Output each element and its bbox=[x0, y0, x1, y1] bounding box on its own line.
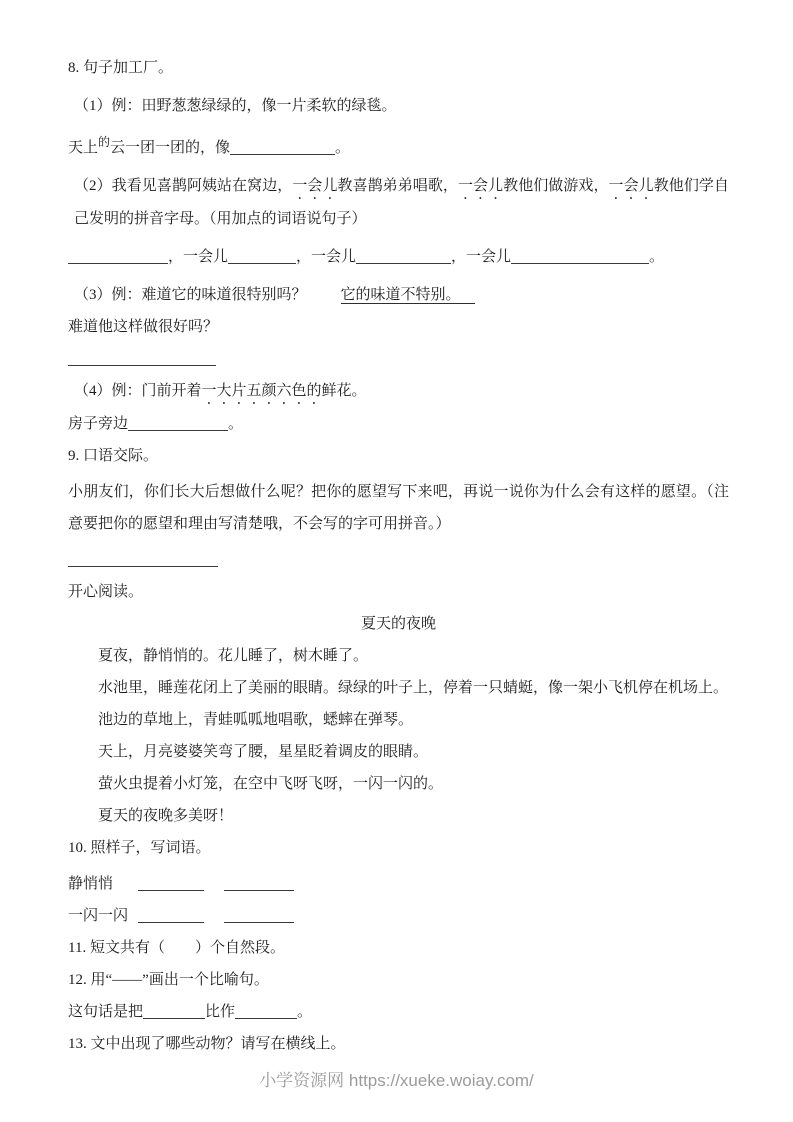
q8-item1-example: （1）例：田野葱葱绿绿的，像一片柔软的绿毯。 bbox=[68, 90, 729, 122]
q10-word-2: 一闪一闪 bbox=[68, 900, 138, 932]
q8-item4-answer-blank bbox=[128, 416, 228, 431]
q8-item1-stem: 天上的云一团一团的，像。 bbox=[68, 126, 729, 164]
q9-prompt: 小朋友们，你们长大后想做什么呢？把你的愿望写下来吧，再说一说你为什么会有这样的愿… bbox=[68, 476, 729, 540]
q8-item2-sentence: （2）我看见喜鹊阿姨站在窝边，一会儿教喜鹊弟弟唱歌，一会儿教他们做游戏，一会儿教… bbox=[68, 170, 729, 235]
q10-word-1: 静悄悄 bbox=[68, 868, 138, 900]
q12-stem-pre: 这句话是把 bbox=[68, 1004, 143, 1020]
q8-item4-example: （4）例：门前开着一大片五颜六色的鲜花。 bbox=[68, 375, 729, 408]
passage-paragraph-1: 夏夜，静悄悄的。花儿睡了，树木睡了。 bbox=[68, 640, 729, 672]
passage-title: 夏天的夜晚 bbox=[68, 608, 729, 640]
q12-stem: 这句话是把比作。 bbox=[68, 996, 729, 1028]
q8-item2-answer-sep-1: ，一会儿 bbox=[168, 249, 228, 265]
q8-item2-answer-line: ，一会儿，一会儿，一会儿。 bbox=[68, 241, 729, 273]
q8-item2-answer-blank-4 bbox=[511, 249, 649, 264]
passage-paragraph-4: 天上，月亮婆婆笑弯了腰，星星眨着调皮的眼睛。 bbox=[68, 736, 729, 768]
q10-row1-blank-1 bbox=[138, 876, 204, 891]
q8-item3-stem: 难道他这样做很好吗？ bbox=[68, 311, 729, 343]
q10-row2-blank-1 bbox=[138, 908, 204, 923]
worksheet-content: 8. 句子加工厂。 （1）例：田野葱葱绿绿的，像一片柔软的绿毯。 天上的云一团一… bbox=[68, 52, 729, 1060]
q8-item3-answer-blank bbox=[68, 351, 216, 366]
q8-item2-answer-blank-2 bbox=[228, 249, 296, 264]
q8-item1-stem-end: 。 bbox=[335, 140, 350, 156]
footer-watermark: 小学资源网 https://xueke.woiay.com/ bbox=[0, 1066, 793, 1091]
q8-item4-emphasis: 一大片五颜六色的 bbox=[202, 383, 322, 399]
q9-blank-line bbox=[68, 544, 729, 576]
q8-item1-superscript-de: 的 bbox=[98, 135, 110, 149]
q8-item2-seg1: （2）我看见喜鹊阿姨站在窝边， bbox=[74, 178, 292, 194]
question-12-heading: 12. 用“——”画出一个比喻句。 bbox=[68, 964, 729, 996]
q10-row1-blank-2 bbox=[224, 876, 294, 891]
q8-item4-pre: （4）例：门前开着 bbox=[74, 383, 202, 399]
q8-item2-seg3: 教他们做游戏， bbox=[503, 178, 608, 194]
q8-item2-seg2: 教喜鹊弟弟唱歌， bbox=[338, 178, 458, 194]
worksheet-page: 8. 句子加工厂。 （1）例：田野葱葱绿绿的，像一片柔软的绿毯。 天上的云一团一… bbox=[0, 0, 793, 1122]
q8-item3-question: （3）例：难道它的味道很特别吗？ bbox=[74, 287, 307, 303]
q8-item4-stem-text: 房子旁边 bbox=[68, 416, 128, 432]
question-13-text: 13. 文中出现了哪些动物？请写在横线上。 bbox=[68, 1028, 729, 1060]
q9-answer-blank bbox=[68, 552, 218, 567]
passage-paragraph-2: 水池里，睡莲花闭上了美丽的眼睛。绿绿的叶子上，停着一只蜻蜓，像一架小飞机停在机场… bbox=[68, 672, 729, 704]
q8-item2-answer-blank-3 bbox=[356, 249, 451, 264]
q8-item3-blank-line bbox=[68, 343, 729, 375]
q8-item2-emphasis-1: 一会儿 bbox=[292, 178, 337, 194]
q8-item2-answer-sep-2: ，一会儿 bbox=[296, 249, 356, 265]
question-9-heading: 9. 口语交际。 bbox=[68, 440, 729, 472]
q8-item1-stem-mid: 云一团一团的，像 bbox=[110, 140, 230, 156]
question-11-text: 11. 短文共有（ ）个自然段。 bbox=[68, 932, 729, 964]
question-8-heading: 8. 句子加工厂。 bbox=[68, 52, 729, 84]
passage-paragraph-6: 夏天的夜晚多美呀！ bbox=[68, 800, 729, 832]
q12-stem-end: 。 bbox=[297, 1004, 312, 1020]
q8-item1-stem-pre: 天上 bbox=[68, 140, 98, 156]
q12-blank-1 bbox=[143, 1004, 205, 1019]
q10-row-1: 静悄悄 bbox=[68, 868, 729, 900]
q10-row2-blank-2 bbox=[224, 908, 294, 923]
q8-item4-stem-end: 。 bbox=[228, 416, 243, 432]
q8-item2-answer-blank-1 bbox=[68, 249, 168, 264]
q12-stem-mid: 比作 bbox=[205, 1004, 235, 1020]
q8-item4-stem: 房子旁边。 bbox=[68, 408, 729, 440]
q8-item2-answer-sep-3: ，一会儿 bbox=[451, 249, 511, 265]
q12-blank-2 bbox=[235, 1004, 297, 1019]
passage-paragraph-5: 萤火虫提着小灯笼，在空中飞呀飞呀，一闪一闪的。 bbox=[68, 768, 729, 800]
q8-item1-answer-blank bbox=[230, 140, 335, 155]
q8-item3-answer: 它的味道不特别。 bbox=[341, 287, 475, 304]
q8-item2-answer-end: 。 bbox=[649, 249, 664, 265]
q10-row-2: 一闪一闪 bbox=[68, 900, 729, 932]
q8-item2-emphasis-2: 一会儿 bbox=[458, 178, 503, 194]
q8-item2-emphasis-3: 一会儿 bbox=[609, 178, 654, 194]
question-10-heading: 10. 照样子，写词语。 bbox=[68, 832, 729, 864]
passage-paragraph-3: 池边的草地上，青蛙呱呱地唱歌，蟋蟀在弹琴。 bbox=[68, 704, 729, 736]
reading-heading: 开心阅读。 bbox=[68, 576, 729, 608]
q8-item4-post: 鲜花。 bbox=[322, 383, 367, 399]
q8-item3-example: （3）例：难道它的味道很特别吗？它的味道不特别。 bbox=[68, 279, 729, 311]
